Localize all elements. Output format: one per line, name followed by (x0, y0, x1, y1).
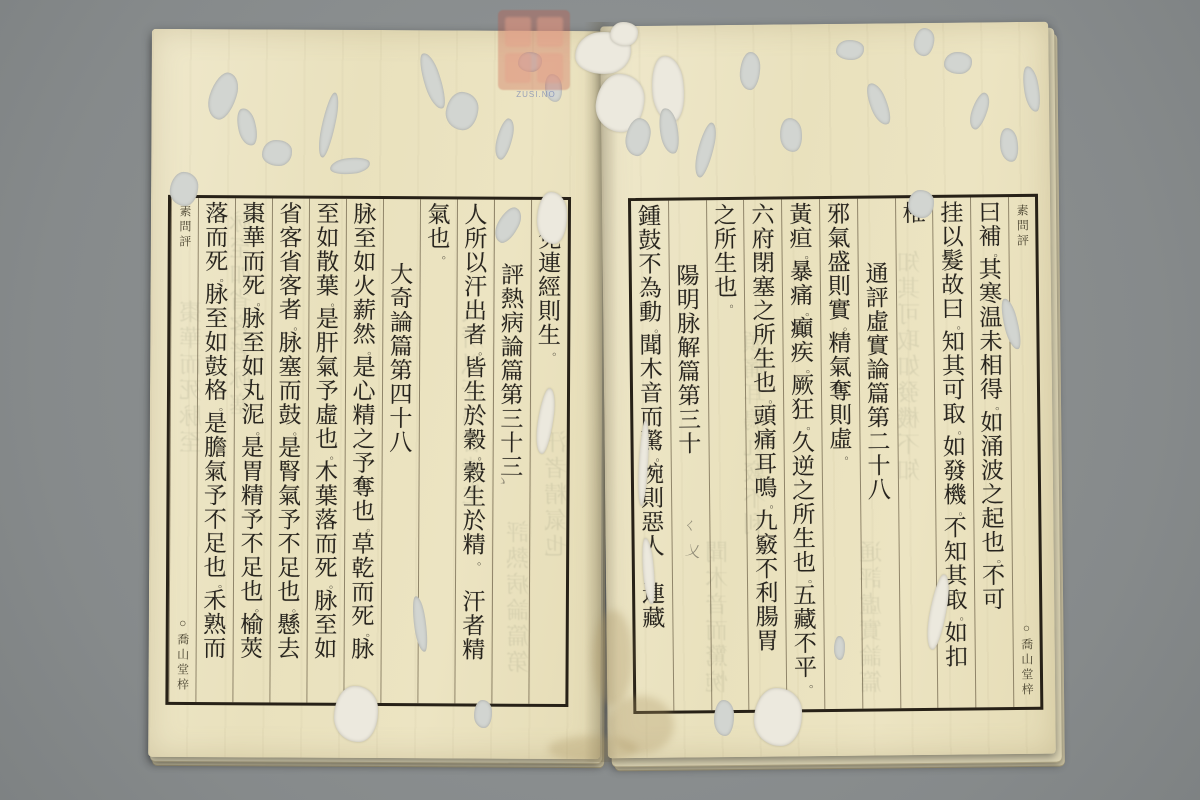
text-column: 曰補。其寒温未相得。如涌波之起也。不可 (970, 197, 1013, 707)
text-column: 落而死。脉至如鼓格。是膽氣予不足也。禾熟而 (195, 198, 235, 702)
text-column: 氣也。 (417, 199, 457, 703)
photo-background: 則免連經則生。評熱病論篇第三十三人所以汗出者。皆生於穀。穀生於精。汗者精氣也。大… (0, 0, 1200, 800)
text-column: 挂以髮故曰。知其可取。如發機。不知其取。如扣 (932, 198, 975, 708)
seal-glyph-block (537, 17, 563, 47)
publisher-colophon: ○喬山堂梓 (1013, 621, 1040, 698)
text-column: 評熱病論篇第三十三 (491, 200, 531, 704)
library-seal-watermark (498, 10, 570, 90)
text-column: 陽明脉解篇第三十 (668, 200, 711, 710)
text-column: 棗華而死。脉至如丸泥。是胃精予不足也。榆莢 (232, 198, 272, 702)
seal-glyph-block (505, 17, 531, 47)
text-column: 脉至如火薪然。是心精之予奪也。草乾而死。脉 (343, 199, 383, 703)
text-column: 六府閉塞之所生也。頭痛耳鳴。九竅不利腸胃 (743, 199, 786, 709)
right-page: 素問評○喬山堂梓曰補。其寒温未相得。如涌波之起也。不可挂以髮故曰。知其可取。如發… (600, 22, 1056, 759)
text-column: 鍾鼓不為動。聞木音而驚。惋則惡人連藏 (631, 201, 673, 711)
text-column: 之所生也。 (706, 200, 749, 710)
text-column: 通評虛實論篇第二十八 (857, 198, 900, 708)
text-column: 邪氣盛則實。精氣奪則虛。 (819, 199, 862, 709)
text-column: 黃疸。暴痛。癲疾。厥狂。久逆之所生也。五藏不平。 (781, 199, 824, 709)
text-column: 省客省客者。脉塞而鼓。是腎氣予不足也。懸去 (269, 198, 309, 702)
seal-glyph-block (537, 53, 563, 83)
seal-glyph-block (505, 53, 531, 83)
text-column: 椎 (895, 198, 938, 708)
folding-margin-column: 素問評○喬山堂梓 (1008, 197, 1040, 707)
left-page-frame: 則免連經則生。評熱病論篇第三十三人所以汗出者。皆生於穀。穀生於精。汗者精氣也。大… (165, 195, 571, 707)
running-title: 素問評 (1009, 204, 1035, 249)
right-page-frame: 素問評○喬山堂梓曰補。其寒温未相得。如涌波之起也。不可挂以髮故曰。知其可取。如發… (628, 194, 1043, 714)
center-fold-shadow (584, 22, 618, 762)
text-column: 人所以汗出者。皆生於穀。穀生於精。汗者精 (454, 199, 494, 703)
text-column: 則免連經則生。 (528, 200, 568, 704)
text-column: 大奇論篇第四十八 (380, 199, 420, 703)
left-page: 則免連經則生。評熱病論篇第三十三人所以汗出者。皆生於穀。穀生於精。汗者精氣也。大… (148, 29, 604, 759)
publisher-colophon: ○喬山堂梓 (169, 616, 195, 693)
text-column: 至如散葉。是肝氣予虛也。木葉落而死。脉至如 (306, 199, 346, 703)
seal-caption: ZUSI.NO (500, 90, 572, 99)
folding-margin-column: 素問評○喬山堂梓 (168, 198, 198, 702)
running-title: 素問評 (172, 205, 198, 250)
